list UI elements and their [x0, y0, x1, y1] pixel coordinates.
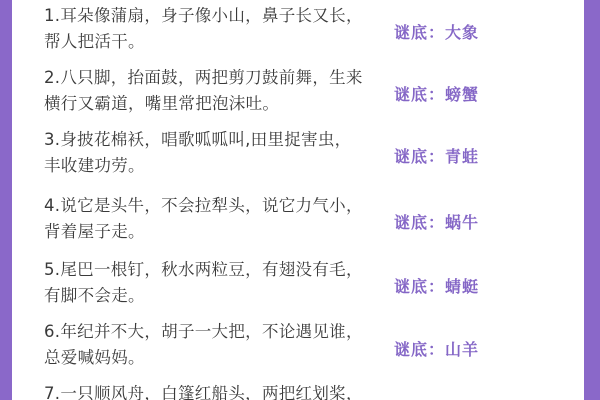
riddle-answer: 谜底：蜻蜓: [394, 274, 479, 297]
question-line: 4.说它是头牛，不会拉犁头，说它力气小，: [44, 193, 404, 219]
question-line: 5.尾巴一根钉，秋水两粒豆，有翅没有毛，: [44, 257, 404, 283]
question-line: 背着屋子走。: [44, 219, 404, 245]
question-line: 有脚不会走。: [44, 283, 404, 309]
question-line: 总爱喊妈妈。: [44, 345, 404, 371]
question-line: 7.一只顺风舟，白篷红船头，两把红划桨，: [44, 381, 404, 400]
riddle-question: 1.耳朵像蒲扇，身子像小山，鼻子长又长， 帮人把活干。: [44, 3, 404, 55]
riddle-question: 6.年纪并不大，胡子一大把，不论遇见谁， 总爱喊妈妈。: [44, 319, 404, 371]
question-line: 3.身披花棉袄，唱歌呱呱叫,田里捉害虫，: [44, 127, 404, 153]
question-line: 横行又霸道，嘴里常把泡沫吐。: [44, 91, 404, 117]
riddle-answer: 谜底：螃蟹: [394, 82, 479, 105]
riddle-answer: 谜底：青蛙: [394, 144, 479, 167]
question-line: 帮人把活干。: [44, 29, 404, 55]
riddle-question: 3.身披花棉袄，唱歌呱呱叫,田里捉害虫， 丰收建功劳。: [44, 127, 404, 179]
riddle-answer: 谜底：蜗牛: [394, 210, 479, 233]
riddle-question: 5.尾巴一根钉，秋水两粒豆，有翅没有毛， 有脚不会走。: [44, 257, 404, 309]
riddle-answer: 谜底：山羊: [394, 337, 479, 360]
question-line: 1.耳朵像蒲扇，身子像小山，鼻子长又长，: [44, 3, 404, 29]
question-line: 丰收建功劳。: [44, 153, 404, 179]
riddle-question: 4.说它是头牛，不会拉犁头，说它力气小， 背着屋子走。: [44, 193, 404, 245]
riddle-question: 2.八只脚，抬面鼓，两把剪刀鼓前舞，生来 横行又霸道，嘴里常把泡沫吐。: [44, 65, 404, 117]
riddle-question: 7.一只顺风舟，白篷红船头，两把红划桨，: [44, 381, 404, 400]
riddle-card: 1.耳朵像蒲扇，身子像小山，鼻子长又长， 帮人把活干。 谜底：大象 2.八只脚，…: [12, 0, 584, 400]
question-line: 6.年纪并不大，胡子一大把，不论遇见谁，: [44, 319, 404, 345]
question-line: 2.八只脚，抬面鼓，两把剪刀鼓前舞，生来: [44, 65, 404, 91]
riddle-answer: 谜底：大象: [394, 20, 479, 43]
